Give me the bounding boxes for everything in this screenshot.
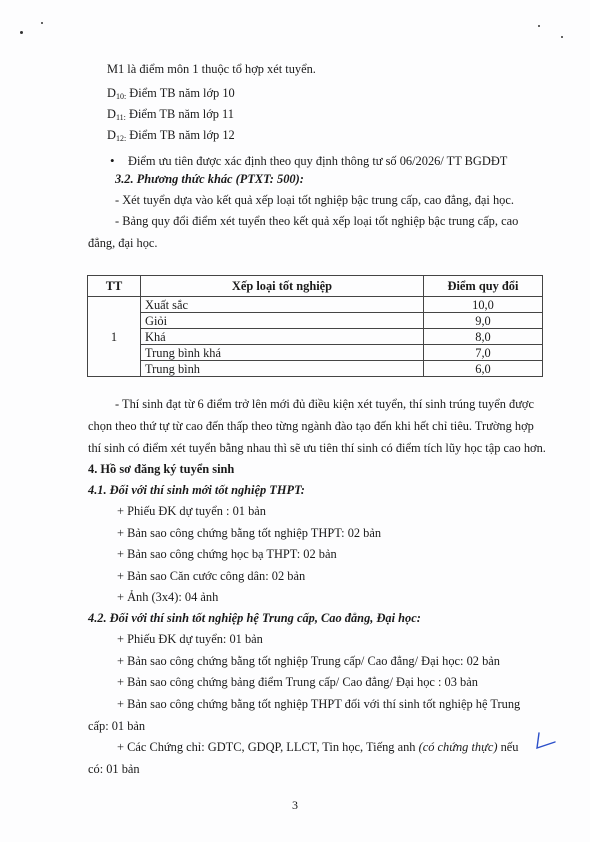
list-item: + Các Chứng chỉ: GDTC, GDQP, LLCT, Tin h… xyxy=(117,740,518,754)
table-row: Khá 8,0 xyxy=(88,329,543,345)
cell-score: 10,0 xyxy=(424,297,543,313)
cell-rank: Xuất sắc xyxy=(141,297,424,313)
list-item: + Bản sao công chứng học bạ THPT: 02 bản xyxy=(117,547,337,561)
paragraph-threshold: - Thí sinh đạt từ 6 điểm trở lên mới đủ … xyxy=(115,397,534,411)
section-3-2-heading: 3.2. Phương thức khác (PTXT: 500): xyxy=(115,172,304,186)
header-rank: Xếp loại tốt nghiệp xyxy=(141,276,424,297)
header-tt: TT xyxy=(88,276,141,297)
list-item: + Bản sao công chứng bằng tốt nghiệp THP… xyxy=(117,697,520,711)
table-row: Trung bình 6,0 xyxy=(88,361,543,377)
cell-rank: Giỏi xyxy=(141,313,424,329)
list-item-cont: có: 01 bản xyxy=(88,762,140,776)
paragraph-table-intro-cont: đẳng, đại học. xyxy=(88,236,158,250)
cell-score: 8,0 xyxy=(424,329,543,345)
list-item: + Phiếu ĐK dự tuyển : 01 bản xyxy=(117,504,266,518)
list-item: + Ảnh (3x4): 04 ảnh xyxy=(117,590,218,604)
paragraph-threshold-cont: thí sinh có điểm xét tuyển bằng nhau thì… xyxy=(88,441,546,455)
section-4-1-heading: 4.1. Đối với thí sinh mới tốt nghiệp THP… xyxy=(88,483,305,497)
paragraph-threshold-cont: chọn theo thứ tự từ cao đến thấp theo từ… xyxy=(88,419,534,433)
conversion-table: TT Xếp loại tốt nghiệp Điểm quy đổi 1 Xu… xyxy=(87,275,543,377)
table-row: Trung bình khá 7,0 xyxy=(88,345,543,361)
d10-definition: D10: Điểm TB năm lớp 10 xyxy=(107,86,235,104)
list-item: + Bản sao Căn cước công dân: 02 bản xyxy=(117,569,305,583)
d12-definition: D12: Điểm TB năm lớp 12 xyxy=(107,128,235,146)
document-page: M1 là điểm môn 1 thuộc tổ hợp xét tuyển.… xyxy=(0,0,590,842)
scan-speck xyxy=(561,36,563,38)
list-item: + Bản sao công chứng bảng điểm Trung cấp… xyxy=(117,675,478,689)
scan-speck xyxy=(20,31,23,34)
cell-rank: Khá xyxy=(141,329,424,345)
d11-definition: D11: Điểm TB năm lớp 11 xyxy=(107,107,234,125)
paragraph-table-intro: - Bảng quy đổi điểm xét tuyển theo kết q… xyxy=(115,214,518,228)
list-item: + Bản sao công chứng bằng tốt nghiệp Tru… xyxy=(117,654,500,668)
list-item-cont: cấp: 01 bản xyxy=(88,719,145,733)
cell-rank: Trung bình khá xyxy=(141,345,424,361)
priority-note: Điểm ưu tiên được xác định theo quy định… xyxy=(110,154,507,168)
section-4-heading: 4. Hồ sơ đăng ký tuyển sinh xyxy=(88,462,234,476)
cell-rank: Trung bình xyxy=(141,361,424,377)
paragraph-criteria: - Xét tuyển dựa vào kết quả xếp loại tốt… xyxy=(115,193,514,207)
table-row: Giỏi 9,0 xyxy=(88,313,543,329)
cell-tt: 1 xyxy=(88,297,141,377)
list-item: + Phiếu ĐK dự tuyển: 01 bản xyxy=(117,632,263,646)
header-score: Điểm quy đổi xyxy=(424,276,543,297)
cell-score: 7,0 xyxy=(424,345,543,361)
cell-score: 9,0 xyxy=(424,313,543,329)
scan-speck xyxy=(538,25,540,27)
list-item: + Bản sao công chứng bằng tốt nghiệp THP… xyxy=(117,526,381,540)
page-number: 3 xyxy=(0,798,590,813)
m1-definition: M1 là điểm môn 1 thuộc tổ hợp xét tuyển. xyxy=(107,62,316,76)
cell-score: 6,0 xyxy=(424,361,543,377)
table-row: 1 Xuất sắc 10,0 xyxy=(88,297,543,313)
section-4-2-heading: 4.2. Đối với thí sinh tốt nghiệp hệ Trun… xyxy=(88,611,421,625)
pen-check-mark-icon xyxy=(535,731,557,751)
scan-speck xyxy=(41,22,43,24)
